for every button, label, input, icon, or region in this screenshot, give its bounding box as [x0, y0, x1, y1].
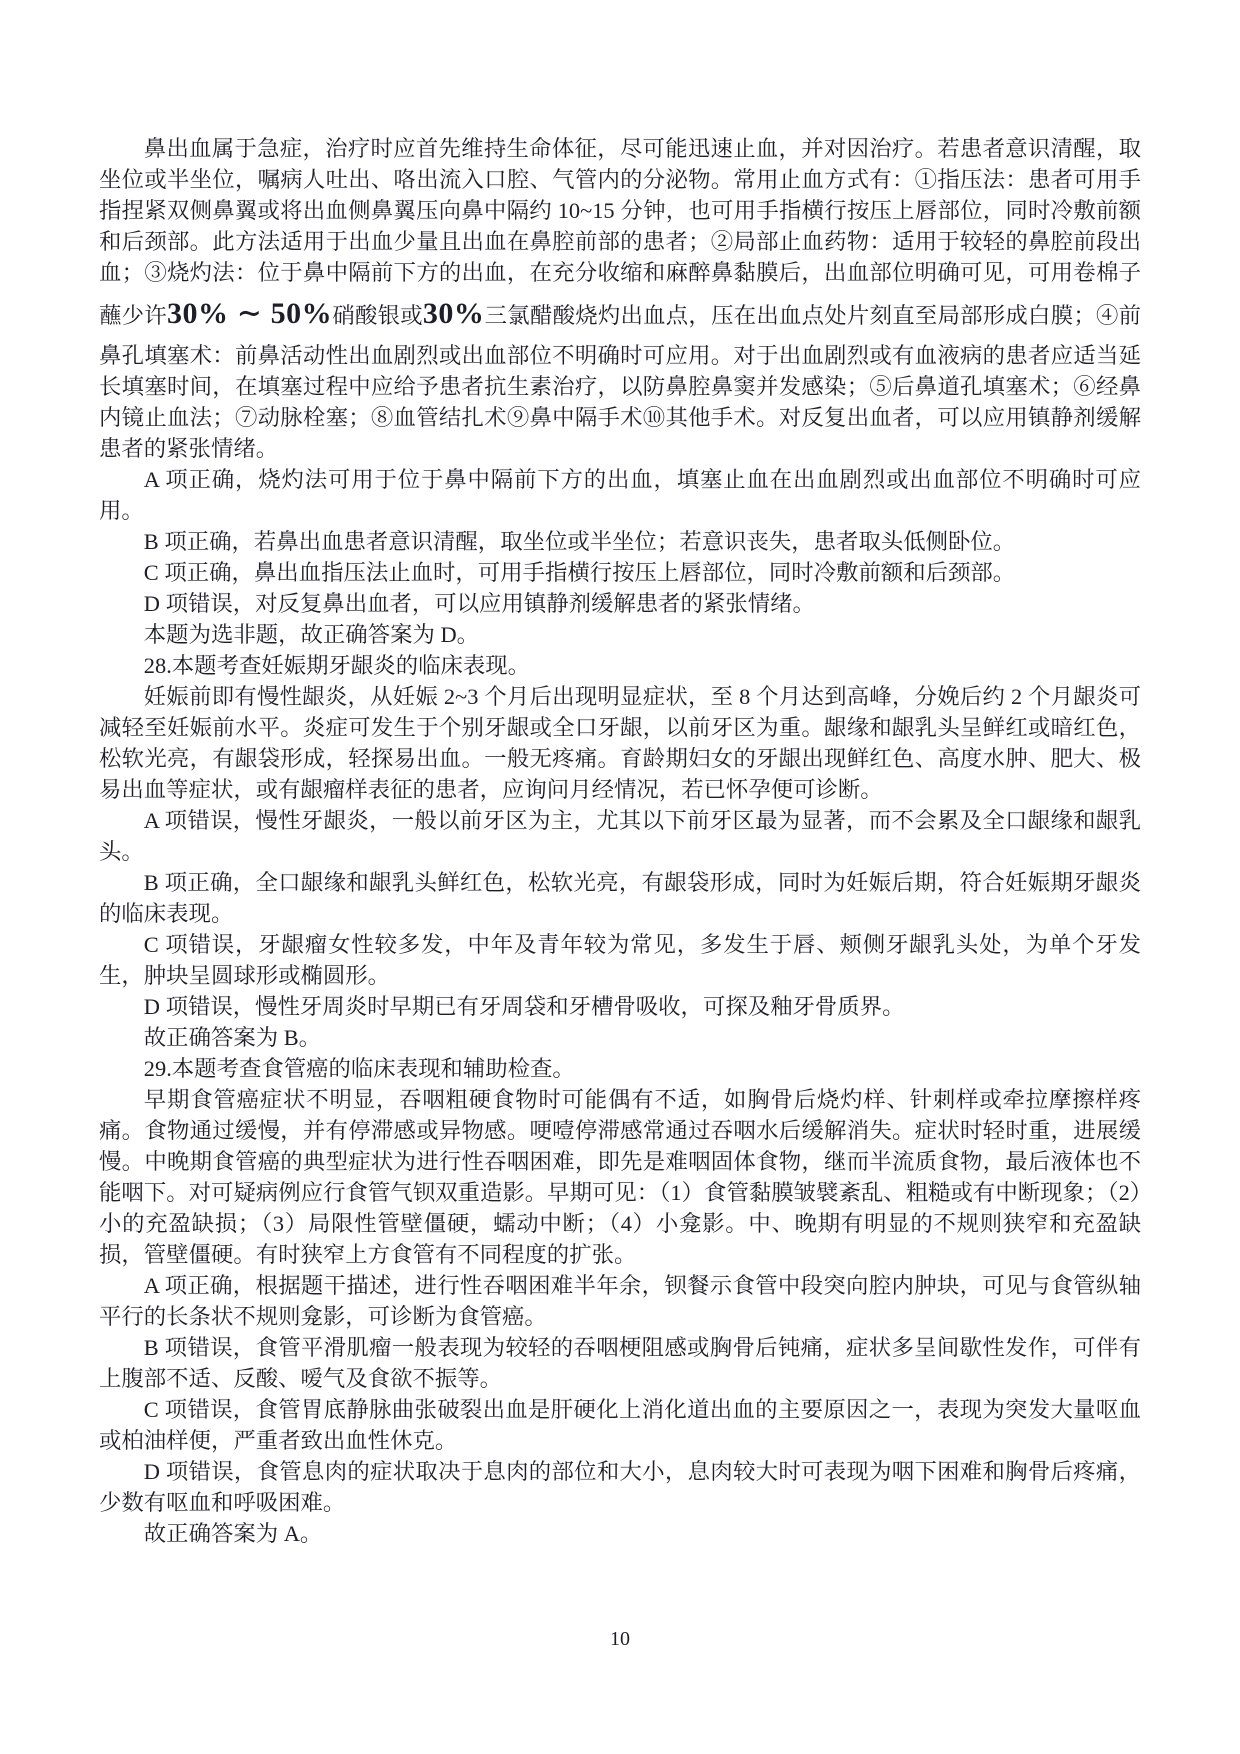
q28-option-d: D 项错误，慢性牙周炎时早期已有牙周袋和牙槽骨吸收，可探及釉牙骨质界。: [99, 991, 1141, 1022]
text-segment: B 项正确，若鼻出血患者意识清醒，取坐位或半坐位；若意识丧失，患者取头低侧卧位。: [144, 529, 1015, 554]
text-segment: 29.本题考查食管癌的临床表现和辅助检查。: [144, 1056, 575, 1081]
text-segment: C 项错误，食管胃底静脉曲张破裂出血是肝硬化上消化道出血的主要原因之一，表现为突…: [99, 1397, 1141, 1453]
text-segment: 早期食管癌症状不明显，吞咽粗硬食物时可能偶有不适，如胸骨后烧灼样、针刺样或牵拉摩…: [99, 1087, 1141, 1267]
q27-option-c: C 项正确，鼻出血指压法止血时，可用手指横行按压上唇部位，同时冷敷前额和后颈部。: [99, 557, 1141, 588]
q29-topic: 29.本题考查食管癌的临床表现和辅助检查。: [99, 1053, 1141, 1084]
text-segment: 硝酸银或: [332, 303, 423, 328]
q28-answer: 故正确答案为 B。: [99, 1022, 1141, 1053]
q27-option-b: B 项正确，若鼻出血患者意识清醒，取坐位或半坐位；若意识丧失，患者取头低侧卧位。: [99, 526, 1141, 557]
text-segment: C 项正确，鼻出血指压法止血时，可用手指横行按压上唇部位，同时冷敷前额和后颈部。: [144, 560, 1015, 585]
q29-option-a: A 项正确，根据题干描述，进行性吞咽困难半年余，钡餐示食管中段突向腔内肿块，可见…: [99, 1270, 1141, 1332]
inline-formula: 30% ∼ 50%: [167, 297, 332, 330]
text-segment: 28.本题考查妊娠期牙龈炎的临床表现。: [144, 653, 530, 678]
text-segment: D 项错误，食管息肉的症状取决于息肉的部位和大小，息肉较大时可表现为咽下困难和胸…: [99, 1459, 1141, 1515]
page-footer: 10: [0, 1628, 1240, 1651]
page-number: 10: [610, 1628, 630, 1650]
text-segment: B 项正确，全口龈缘和龈乳头鲜红色，松软光亮，有龈袋形成，同时为妊娠后期，符合妊…: [99, 870, 1141, 926]
text-segment: D 项错误，对反复鼻出血者，可以应用镇静剂缓解患者的紧张情绪。: [144, 591, 815, 616]
q28-option-b: B 项正确，全口龈缘和龈乳头鲜红色，松软光亮，有龈袋形成，同时为妊娠后期，符合妊…: [99, 867, 1141, 929]
inline-formula: 30%: [423, 297, 485, 330]
q29-option-b: B 项错误，食管平滑肌瘤一般表现为较轻的吞咽梗阻感或胸骨后钝痛，症状多呈间歇性发…: [99, 1332, 1141, 1394]
text-segment: 故正确答案为 B。: [144, 1025, 321, 1050]
q27-answer: 本题为选非题，故正确答案为 D。: [99, 619, 1141, 650]
q28-topic: 28.本题考查妊娠期牙龈炎的临床表现。: [99, 650, 1141, 681]
q28-option-a: A 项错误，慢性牙龈炎，一般以前牙区为主，尤其以下前牙区最为显著，而不会累及全口…: [99, 805, 1141, 867]
text-segment: A 项错误，慢性牙龈炎，一般以前牙区为主，尤其以下前牙区最为显著，而不会累及全口…: [99, 808, 1141, 864]
text-segment: 妊娠前即有慢性龈炎，从妊娠 2~3 个月后出现明显症状，至 8 个月达到高峰，分…: [99, 684, 1141, 802]
text-segment: A 项正确，烧灼法可用于位于鼻中隔前下方的出血，填塞止血在出血剧烈或出血部位不明…: [99, 467, 1141, 523]
q29-answer: 故正确答案为 A。: [99, 1518, 1141, 1549]
text-segment: 故正确答案为 A。: [144, 1521, 323, 1546]
text-segment: 本题为选非题，故正确答案为 D。: [144, 622, 479, 647]
q28-analysis-pregnancy-gingivitis: 妊娠前即有慢性龈炎，从妊娠 2~3 个月后出现明显症状，至 8 个月达到高峰，分…: [99, 681, 1141, 805]
text-segment: C 项错误，牙龈瘤女性较多发，中年及青年较为常见，多发生于唇、颊侧牙龈乳头处，为…: [99, 932, 1141, 988]
q29-option-d: D 项错误，食管息肉的症状取决于息肉的部位和大小，息肉较大时可表现为咽下困难和胸…: [99, 1456, 1141, 1518]
q28-option-c: C 项错误，牙龈瘤女性较多发，中年及青年较为常见，多发生于唇、颊侧牙龈乳头处，为…: [99, 929, 1141, 991]
document-body: 鼻出血属于急症，治疗时应首先维持生命体征，尽可能迅速止血，并对因治疗。若患者意识…: [99, 133, 1141, 1549]
q27-analysis-epistaxis: 鼻出血属于急症，治疗时应首先维持生命体征，尽可能迅速止血，并对因治疗。若患者意识…: [99, 133, 1141, 464]
q29-option-c: C 项错误，食管胃底静脉曲张破裂出血是肝硬化上消化道出血的主要原因之一，表现为突…: [99, 1394, 1141, 1456]
text-segment: D 项错误，慢性牙周炎时早期已有牙周袋和牙槽骨吸收，可探及釉牙骨质界。: [144, 994, 905, 1019]
q27-option-a: A 项正确，烧灼法可用于位于鼻中隔前下方的出血，填塞止血在出血剧烈或出血部位不明…: [99, 464, 1141, 526]
q29-analysis-esophageal-cancer: 早期食管癌症状不明显，吞咽粗硬食物时可能偶有不适，如胸骨后烧灼样、针刺样或牵拉摩…: [99, 1084, 1141, 1270]
text-segment: A 项正确，根据题干描述，进行性吞咽困难半年余，钡餐示食管中段突向腔内肿块，可见…: [99, 1273, 1141, 1329]
text-segment: B 项错误，食管平滑肌瘤一般表现为较轻的吞咽梗阻感或胸骨后钝痛，症状多呈间歇性发…: [99, 1335, 1141, 1391]
document-page: 鼻出血属于急症，治疗时应首先维持生命体征，尽可能迅速止血，并对因治疗。若患者意识…: [0, 0, 1240, 1754]
q27-option-d: D 项错误，对反复鼻出血者，可以应用镇静剂缓解患者的紧张情绪。: [99, 588, 1141, 619]
